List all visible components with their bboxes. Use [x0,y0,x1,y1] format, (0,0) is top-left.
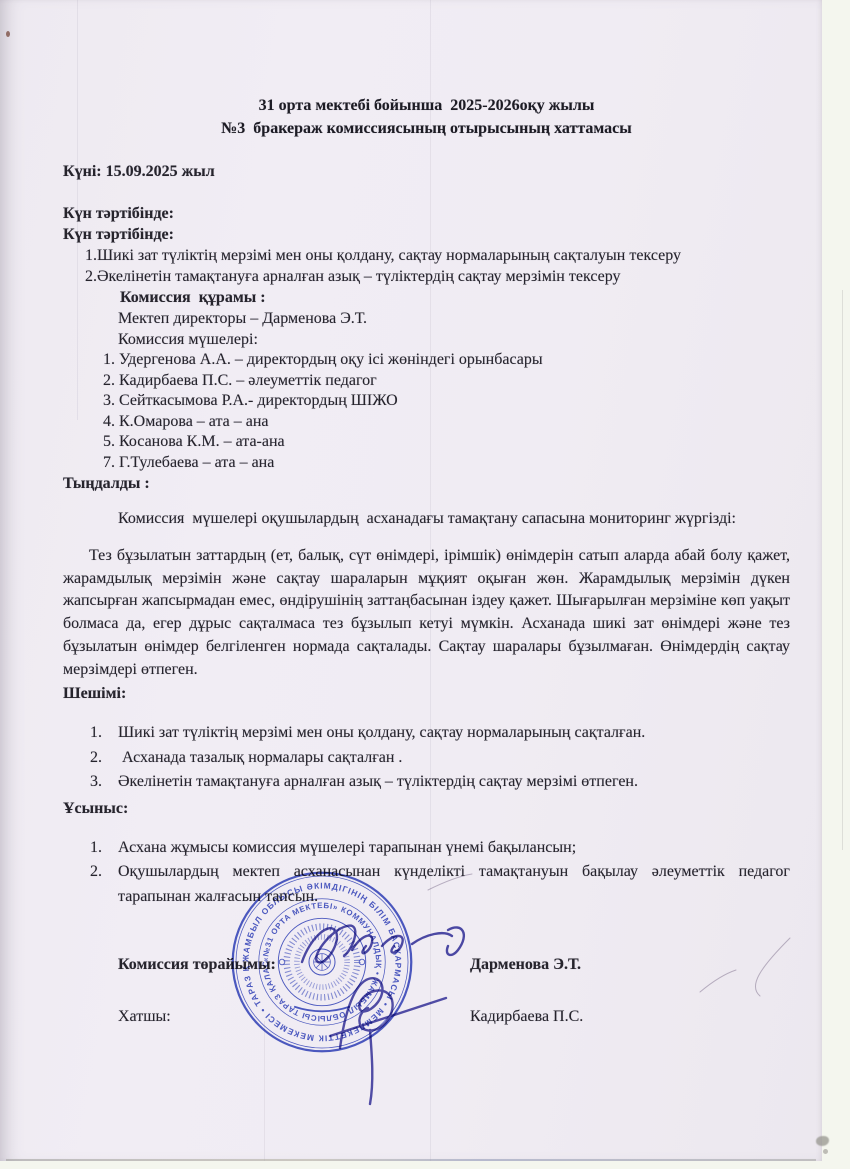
decision-heading: Шешімі: [63,683,790,704]
commission-director: Мектеп директоры – Дарменова Э.Т. [63,308,790,329]
paper-blemish [823,1149,828,1154]
agenda-item: 1.Шикі зат түліктің мерзімі мен оны қолд… [63,245,790,266]
item-number: 1. [90,836,102,861]
member-item: 7. Г.Тулебаева – ата – ана [63,453,790,474]
decision-item: 3. Әкелінетін тамақтануға арналған азық … [63,770,790,795]
members-heading: Комиссия мүшелері: [63,329,790,350]
decision-item: 2. Асханада тазалық нормалары сақталған … [63,746,790,771]
secretary-label: Хатшы: [118,1006,171,1027]
date-line: Күні: 15.09.2025 жыл [63,161,790,182]
heard-body-paragraph: Тез бұзылатын заттардың (ет, балық, сүт … [63,545,790,681]
item-text: Оқушылардың мектеп асханасынан күнделікт… [118,863,794,905]
item-text: Асханада тазалық нормалары сақталған . [118,749,402,766]
member-item: 2. Кадирбаева П.С. – әлеуметтік педагог [63,371,790,392]
scanned-document-page: 31 орта мектебі бойынша 2025-2026оқу жыл… [0,0,822,1161]
item-number: 2. [90,746,102,771]
chairman-label: Комиссия төрайымы: [118,954,276,975]
item-text: Әкелінетін тамақтануға арналған азық – т… [118,773,638,790]
member-item: 1. Удергенова А.А. – директордың оқу ісі… [63,350,790,371]
item-text: Асхана жұмысы комиссия мүшелері тарапына… [118,839,576,856]
document-content: 31 орта мектебі бойынша 2025-2026оқу жыл… [63,0,790,1027]
scanner-artifact-line [842,290,843,850]
item-text: Шикі зат түліктің мерзімі мен оны қолдан… [118,724,645,741]
agenda-heading-2: Күн тәртібінде: [63,224,790,245]
fold-crease [264,1021,265,1161]
item-number: 1. [90,721,102,746]
chairman-name: Дарменова Э.Т. [470,954,581,975]
member-item: 4. К.Омарова – ата – ана [63,412,790,433]
proposal-heading: Ұсыныс: [63,798,790,819]
member-item: 5. Косанова К.М. – ата-ана [63,432,790,453]
decision-item: 1. Шикі зат түліктің мерзімі мен оны қол… [63,721,790,746]
proposal-item: 2. Оқушылардың мектеп асханасынан күндел… [63,860,790,909]
page-bottom-edge [6,1159,816,1161]
title-line-2: №3 бракераж комиссиясының отырысының хат… [63,117,790,140]
item-number: 3. [90,770,102,795]
heard-heading: Тыңдалды : [63,473,790,494]
agenda-item: 2.Әкелінетін тамақтануға арналған азық –… [63,266,790,287]
paper-speck [6,31,10,37]
agenda-heading-1: Күн тәртібінде: [63,203,790,224]
title-line-1: 31 орта мектебі бойынша 2025-2026оқу жыл… [63,94,790,117]
secretary-name: Кадирбаева П.С. [470,1006,583,1027]
commission-heading: Комиссия құрамы : [63,287,790,308]
document-title: 31 орта мектебі бойынша 2025-2026оқу жыл… [63,94,790,140]
chairman-signature-row: Комиссия төрайымы: Дарменова Э.Т. [63,954,790,975]
proposal-item: 1. Асхана жұмысы комиссия мүшелері тарап… [63,836,790,861]
item-number: 2. [90,860,102,885]
secretary-signature-row: Хатшы: Кадирбаева П.С. [63,1006,790,1027]
paper-blemish [816,1136,829,1146]
heard-intro: Комиссия мүшелері оқушылардың асханадағы… [63,508,790,529]
member-item: 3. Сейткасымова Р.А.- директордың ШІЖО [63,391,790,412]
